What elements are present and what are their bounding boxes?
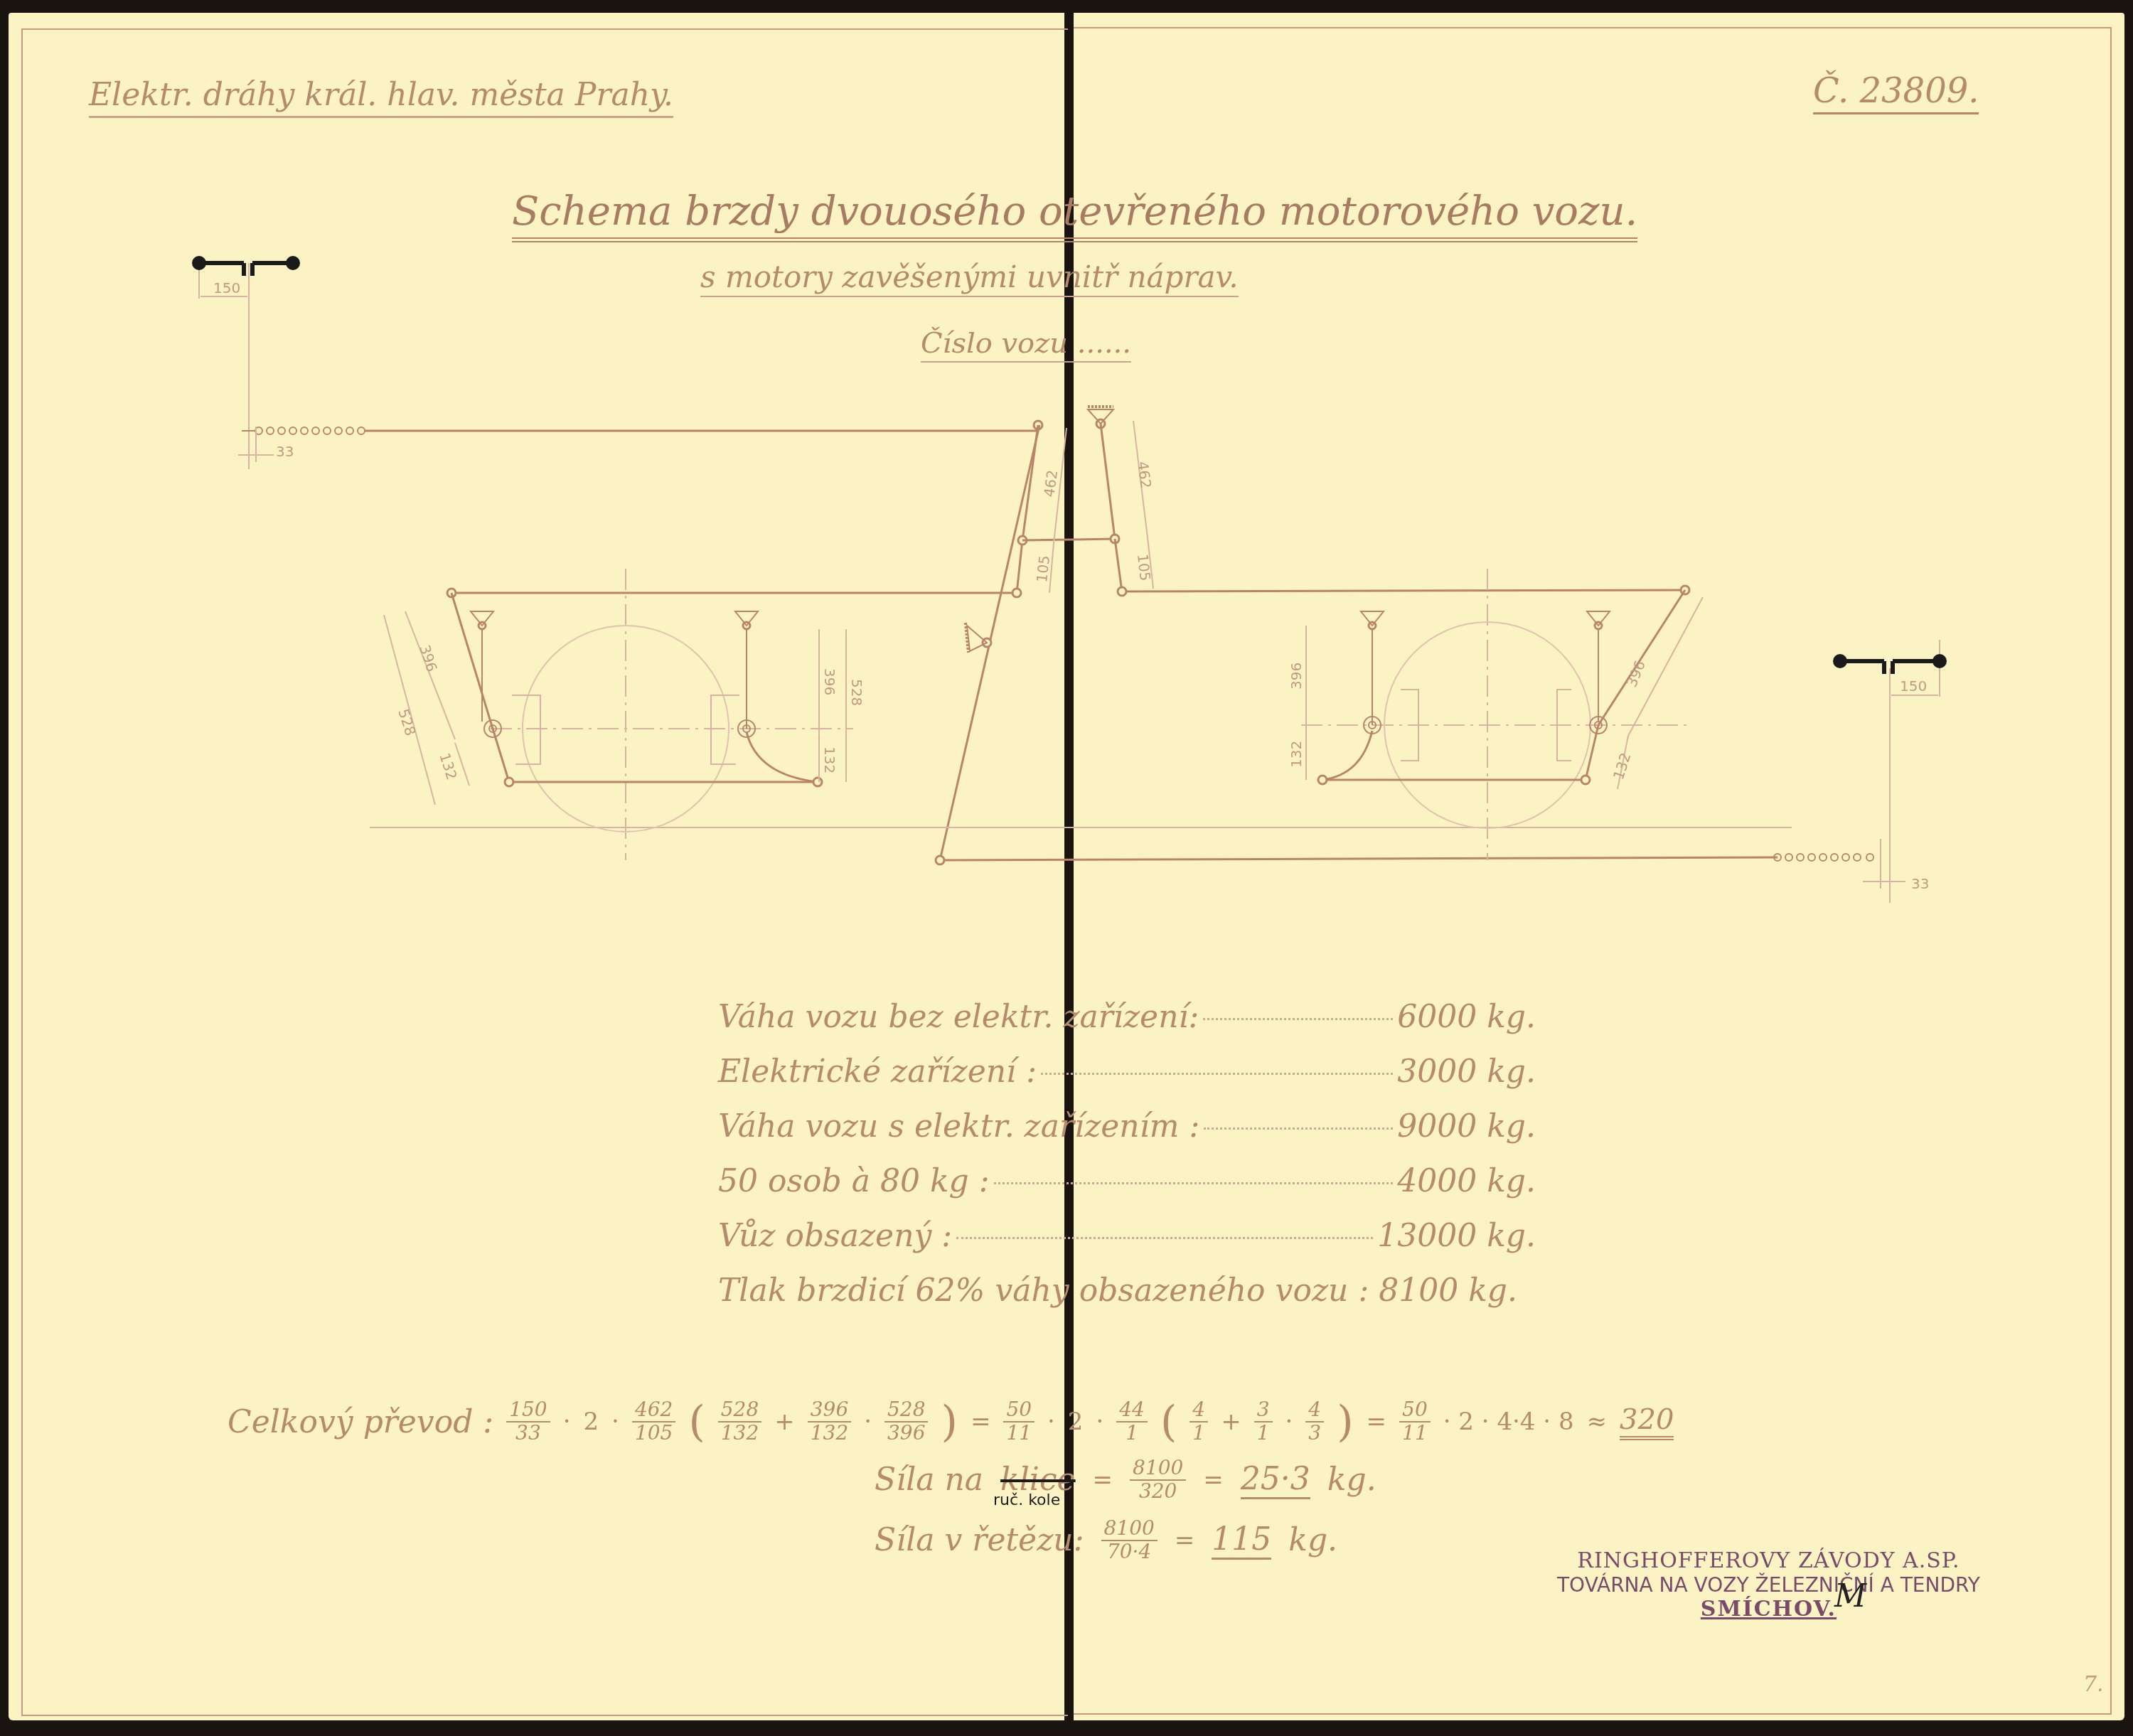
weight-value: 6000 kg. (1397, 999, 1536, 1035)
dim-lever-upper-left: 462 (1040, 469, 1061, 498)
dim-left-inner-132: 132 (821, 746, 838, 773)
fraction: 31 (1254, 1399, 1273, 1445)
weight-label: Vůz obsazený : (718, 1218, 952, 1254)
dim-right-inner-132: 132 (1288, 741, 1305, 768)
dim-right-inner-396: 396 (1288, 663, 1305, 690)
force-chain: Síla v řetězu: 810070·4 = 115 kg. (875, 1518, 1337, 1563)
formula-label: Celkový převod : (228, 1404, 493, 1440)
dim-left-inner-528: 528 (848, 679, 865, 706)
leader-dots (1041, 1073, 1393, 1075)
force-result: 115 (1212, 1521, 1271, 1560)
fraction: 15033 (506, 1399, 550, 1445)
fraction: 396132 (808, 1399, 851, 1445)
dim-left-outer-132: 132 (436, 751, 461, 782)
leader-dots (956, 1237, 1373, 1239)
weight-label: Váha vozu s elektr. zařízením : (718, 1108, 1199, 1145)
leader-dots (1204, 1127, 1393, 1130)
weight-value: 13000 kg. (1377, 1218, 1536, 1254)
fraction: 441 (1116, 1399, 1148, 1445)
dim-left-inner-396: 396 (821, 668, 838, 695)
dim-handwheel-right: 150 (1900, 677, 1927, 695)
leader-dots (1203, 1018, 1393, 1020)
dim-left-outer-396: 396 (416, 643, 441, 674)
fraction: 528132 (718, 1399, 761, 1445)
dim-lever-lower-right: 105 (1134, 553, 1154, 582)
weight-row: Váha vozu s elektr. zařízením : 9000 kg. (718, 1108, 1536, 1163)
weight-row: 50 osob à 80 kg : 4000 kg. (718, 1163, 1536, 1218)
fraction: 43 (1305, 1399, 1324, 1445)
fraction: 528396 (884, 1399, 928, 1445)
page-number: 7. (2083, 1672, 2104, 1697)
weight-label: Elektrické zařízení : (718, 1054, 1037, 1090)
force-result: 25·3 (1241, 1461, 1310, 1499)
weight-value: 4000 kg. (1397, 1163, 1536, 1199)
correction-text: ruč. kole (993, 1491, 1060, 1509)
dim-left-outer-528: 528 (395, 707, 419, 738)
fraction: 5011 (1399, 1399, 1431, 1445)
fraction: 5011 (1003, 1399, 1035, 1445)
total-ratio-formula: Celkový převod : 15033 ·2· 462105 ( 5281… (228, 1397, 1674, 1447)
weight-row: Vůz obsazený : 13000 kg. (718, 1218, 1536, 1272)
weight-label: Váha vozu bez elektr. zařízení: (718, 999, 1199, 1035)
weight-label: Tlak brzdicí 62% váhy obsazeného vozu : (718, 1272, 1369, 1309)
dim-chain-left: 33 (276, 443, 294, 460)
signature: M (1834, 1578, 1866, 1614)
dim-lever-upper-right: 462 (1134, 460, 1155, 489)
weight-label: 50 osob à 80 kg : (718, 1163, 990, 1199)
force-handwheel: Síla na klice ruč. kole = 8100320 = 25·3… (875, 1457, 1376, 1503)
dim-right-outer-396: 396 (1623, 658, 1649, 689)
chain-left (255, 427, 365, 434)
fraction: 462105 (632, 1399, 675, 1445)
weight-value: 8100 kg. (1379, 1272, 1517, 1309)
handwheel-left-icon (194, 258, 298, 276)
fraction: 810070·4 (1101, 1518, 1158, 1563)
weight-row: Elektrické zařízení : 3000 kg. (718, 1054, 1536, 1108)
dim-chain-right: 33 (1911, 875, 1929, 892)
fraction: 41 (1190, 1399, 1208, 1445)
weight-value: 3000 kg. (1397, 1054, 1536, 1090)
leader-dots (994, 1182, 1394, 1184)
company-stamp: RINGHOFFEROVY ZÁVODY A.SP. TOVÁRNA NA VO… (1557, 1548, 1980, 1622)
ratio-result: 320 (1620, 1403, 1674, 1440)
weight-row: Tlak brzdicí 62% váhy obsazeného vozu : … (718, 1272, 1536, 1327)
dim-lever-lower-left: 105 (1033, 554, 1053, 583)
weight-row: Váha vozu bez elektr. zařízení: 6000 kg. (718, 999, 1536, 1054)
weight-value: 9000 kg. (1397, 1108, 1536, 1145)
weight-table: Váha vozu bez elektr. zařízení: 6000 kg.… (718, 999, 1536, 1327)
dim-right-outer-132: 132 (1610, 751, 1635, 782)
fraction: 8100320 (1130, 1457, 1186, 1503)
chain-right (1774, 854, 1873, 861)
struck-word: klice ruč. kole (1000, 1462, 1076, 1498)
dim-handwheel-left: 150 (213, 279, 240, 296)
